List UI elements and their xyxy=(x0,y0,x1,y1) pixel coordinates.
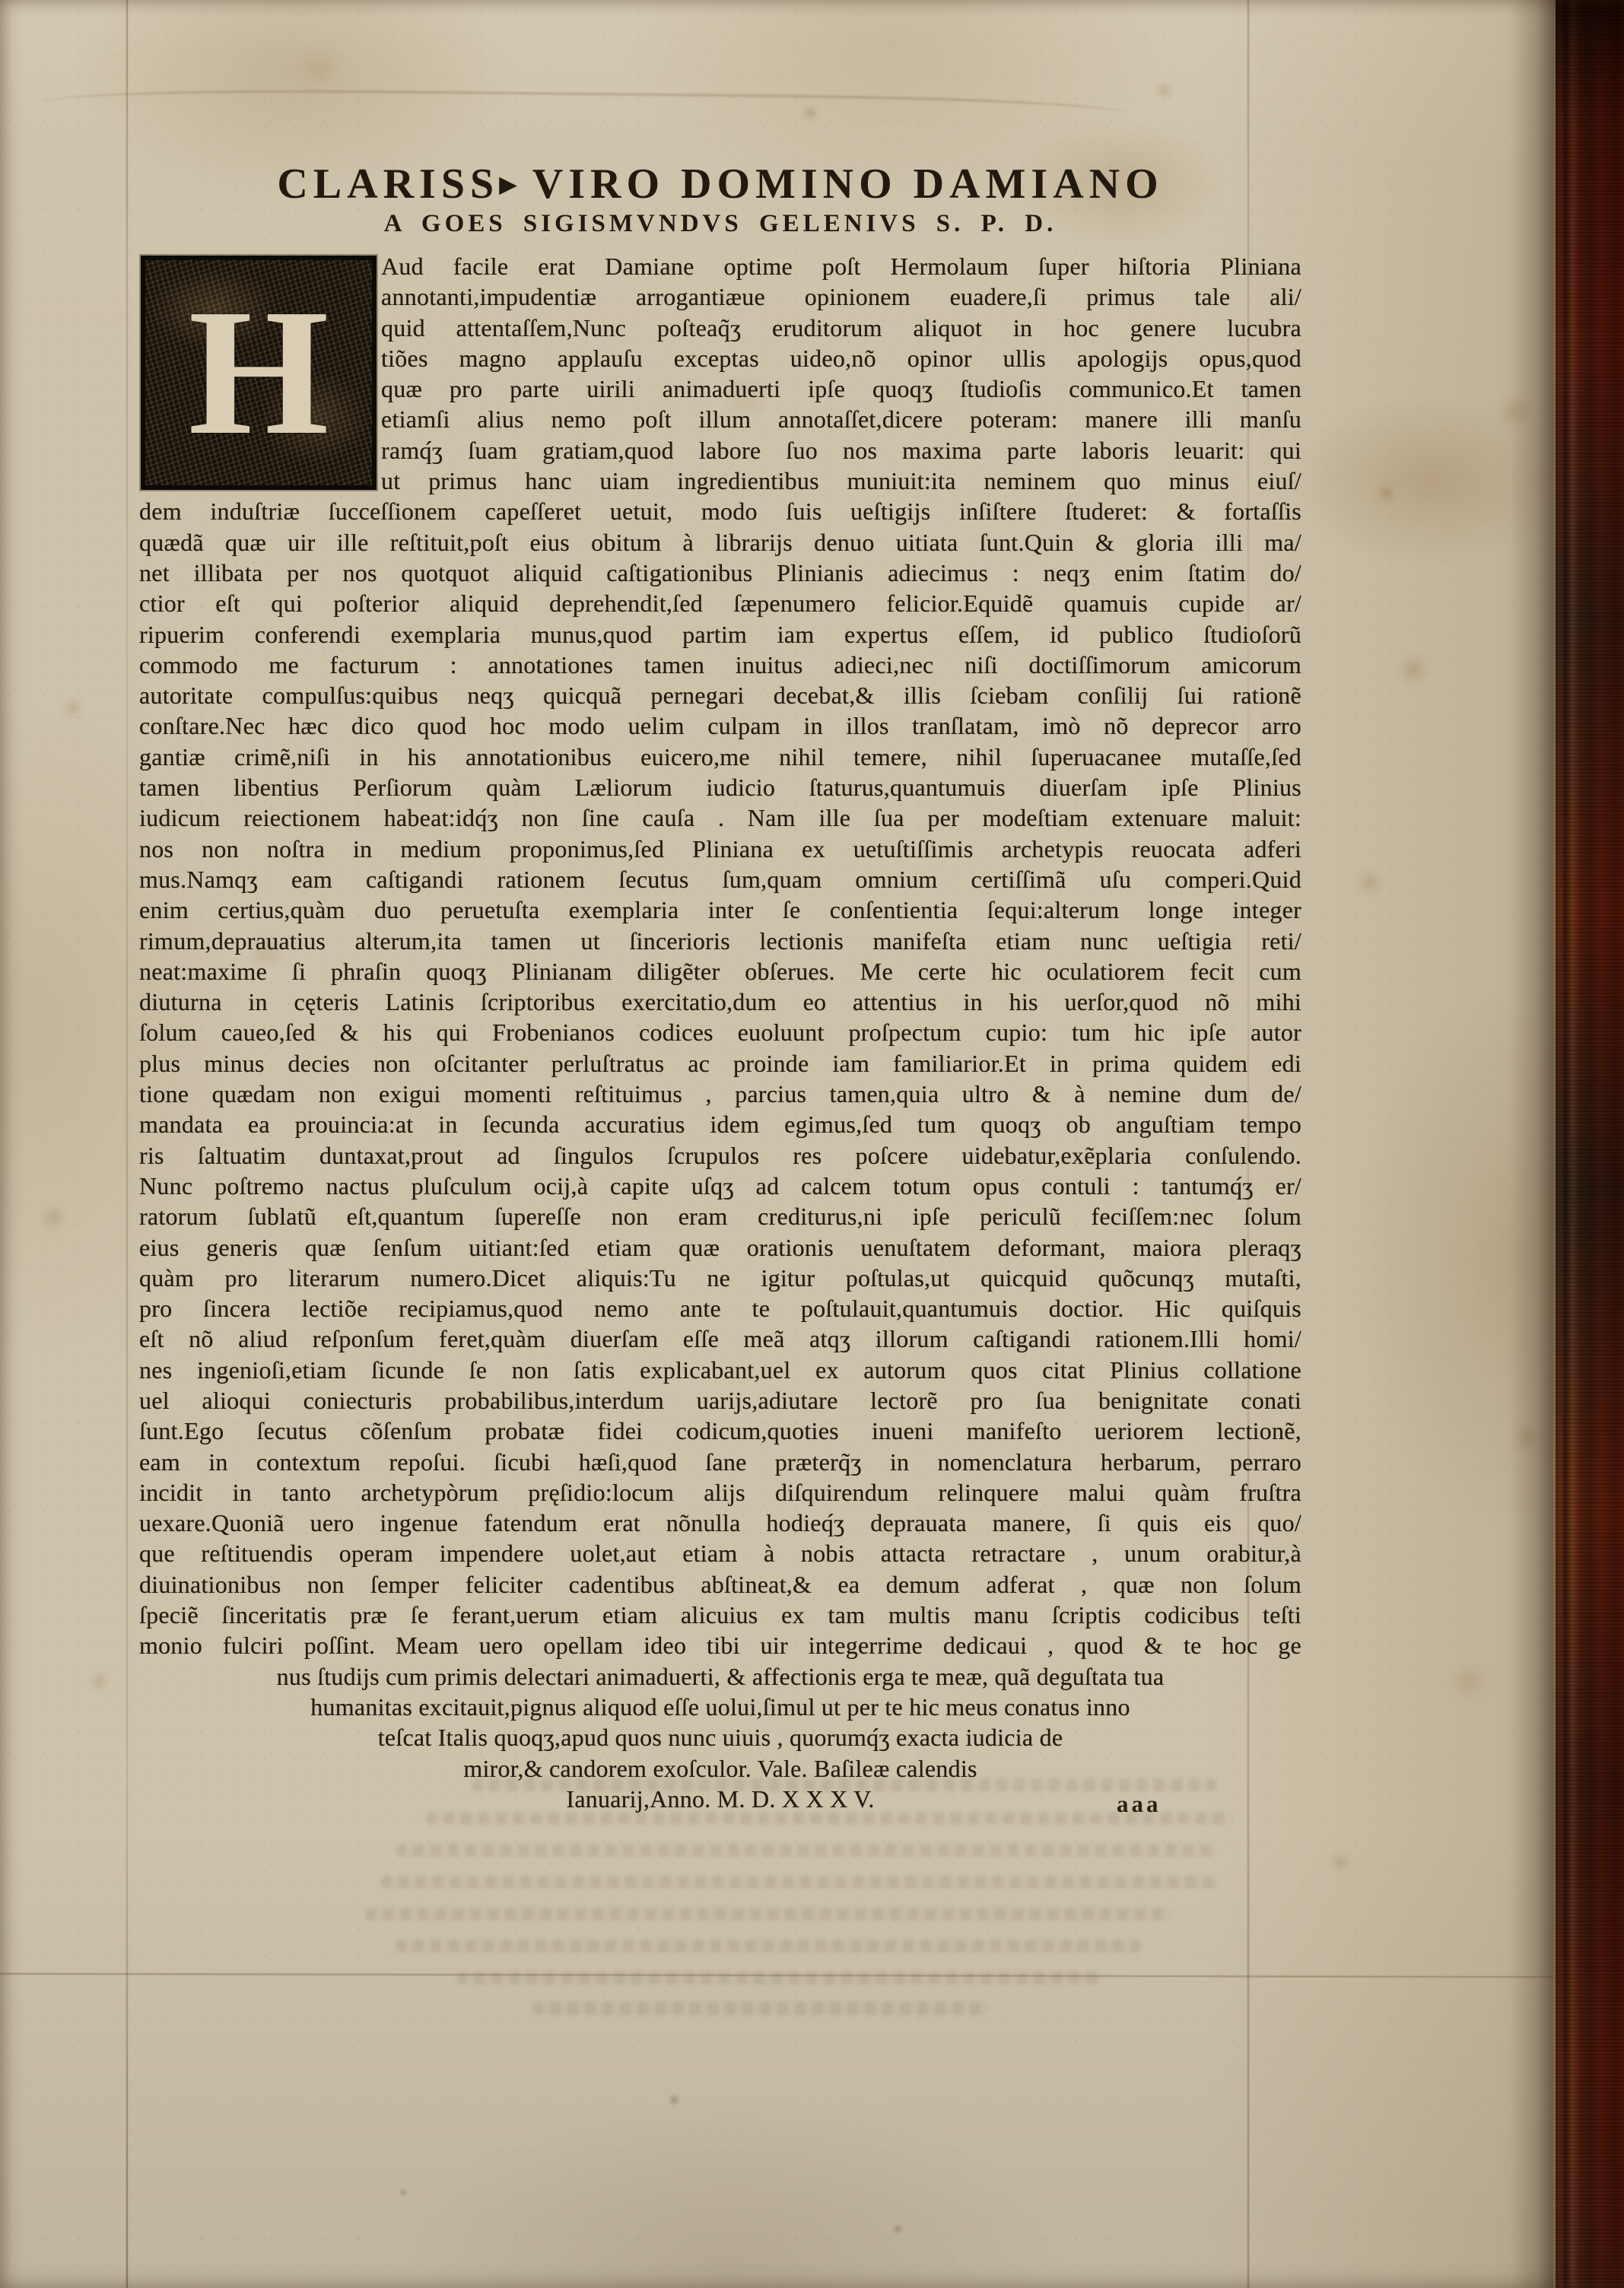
text-line: ratorum ſublatũ eſt,quantum ſupereſſe no… xyxy=(139,1201,1301,1231)
text-line: rimum,deprauatius alterum,ita tamen ut ſ… xyxy=(139,926,1301,956)
text-line: monio fulciri poſſint. Meam uero opellam… xyxy=(139,1630,1301,1660)
colophon-line: nus ſtudijs cum primis delectari animadu… xyxy=(139,1661,1301,1692)
bleed-through-line xyxy=(456,1972,1103,1985)
text-line: ſolum caueo,ſed & his qui Frobenianos co… xyxy=(139,1017,1301,1047)
text-line: gantiæ crimẽ,niſi in his annotationibus … xyxy=(139,742,1301,772)
bleed-through-line xyxy=(396,1940,1141,1953)
text-line: ſpeciẽ ſinceritatis præ ſe ferant,uerum … xyxy=(139,1600,1301,1630)
text-line: eius generis quæ ſenſum uitiant:ſed etia… xyxy=(139,1232,1301,1263)
text-line: nos non noſtra in medium proponimus,ſed … xyxy=(139,834,1301,864)
text-line: pro ſincera lectiõe recipiamus,quod nemo… xyxy=(139,1293,1301,1324)
colophon-line: humanitas excitauit,pignus aliquod eſſe … xyxy=(139,1692,1301,1722)
text-line: nes ingenioſi,etiam ſicunde ſe non ſatis… xyxy=(139,1355,1301,1385)
foxing-spots xyxy=(0,0,1,1)
heading-text: VIRO DOMINO DAMIANO xyxy=(517,160,1164,208)
text-line: iudicum reiectionem habeat:idq́ʒ non ſin… xyxy=(139,802,1301,833)
text-line: ut primus hanc uiam ingredientibus muniu… xyxy=(381,466,1301,496)
text-line: incidit in tanto archetypòrum pręſidio:l… xyxy=(139,1477,1301,1508)
text-line: eam in contextum repoſui. ſicubi hæſi,qu… xyxy=(139,1447,1301,1477)
bleed-through-line xyxy=(532,2002,989,2015)
dedication-heading-line1: CLARISS▶ VIRO DOMINO DAMIANO xyxy=(139,160,1301,208)
text-line: ctior eſt qui poſterior aliquid deprehen… xyxy=(139,588,1301,618)
fold-line-left xyxy=(126,0,128,2288)
fore-edge-shadow xyxy=(1510,0,1554,2288)
bleed-through-line xyxy=(365,1908,1171,1921)
text-line: dem induſtriæ ſucceſſionem capeſſeret ue… xyxy=(139,496,1301,526)
dedication-heading-line2: A GOES SIGISMVNDVS GELENIVS S. P. D. xyxy=(139,210,1301,238)
text-line: Aud facile erat Damiane optime poſt Herm… xyxy=(381,251,1301,281)
text-line: tamen libentius Perſiorum quàm Læliorum … xyxy=(139,772,1301,802)
text-line: commodo me facturum : annotationes tamen… xyxy=(139,650,1301,680)
text-line: quid attentaſſem,Nunc poſteaq̃ʒ eruditor… xyxy=(381,313,1301,343)
indented-lines: Aud facile erat Damiane optime poſt Herm… xyxy=(139,251,1301,496)
text-line: mandata ea prouincia:at in ſecunda accur… xyxy=(139,1109,1301,1139)
text-line: eſt nõ aliud reſponſum feret,quàm diuerſ… xyxy=(139,1324,1301,1354)
text-line: etiamſi alius nemo poſt illum annotaſſet… xyxy=(381,404,1301,434)
text-line: ripuerim conferendi exemplaria munus,quo… xyxy=(139,619,1301,650)
text-line: autoritate compulſus:quibus neqʒ quicquã… xyxy=(139,680,1301,710)
text-line: quædã quæ uir ille reſtituit,poſt eius o… xyxy=(139,527,1301,558)
bleed-through-line xyxy=(380,1876,1217,1889)
text-line: plus minus decies non oſcitanter perluſt… xyxy=(139,1048,1301,1079)
text-line: enim certius,quàm duo peruetuſta exempla… xyxy=(139,895,1301,925)
hedera-pointer-icon: ▶ xyxy=(499,171,517,197)
signature-mark: aaa xyxy=(1117,1791,1162,1818)
colophon-line: teſcat Italis quoqʒ,apud quos nunc uiuis… xyxy=(139,1722,1301,1753)
dedication-body: Aud facile erat Damiane optime poſt Herm… xyxy=(139,251,1301,1814)
text-line: quàm pro literarum numero.Dicet aliquis:… xyxy=(139,1263,1301,1293)
text-line: uel alioqui coniecturis probabilibus,int… xyxy=(139,1385,1301,1416)
crease-top xyxy=(42,87,1130,130)
text-line: diuinationibus non ſemper feliciter cade… xyxy=(139,1569,1301,1600)
text-line: neat:maxime ſi phraſin quoqʒ Plinianam d… xyxy=(139,956,1301,987)
text-line: annotanti,impudentiæ arrogantiæue opinio… xyxy=(381,281,1301,312)
marbled-fore-edge xyxy=(1553,0,1624,2288)
bleed-through-line xyxy=(396,1844,1217,1857)
text-line: mus.Namqʒ eam caſtigandi rationem ſecutu… xyxy=(139,864,1301,895)
text-line: que reſtituendis operam impendere uolet,… xyxy=(139,1538,1301,1568)
text-line: quæ pro parte uirili animaduerti ipſe qu… xyxy=(381,373,1301,404)
text-line: diuturna in cęteris Latinis ſcriptoribus… xyxy=(139,987,1301,1017)
text-line: uexare.Quoniã uero ingenue fatendum erat… xyxy=(139,1508,1301,1538)
text-line: tiões magno applauſu exceptas uideo,nõ o… xyxy=(381,343,1301,373)
heading-text: CLARISS xyxy=(277,160,499,208)
text-line: Nunc poſtremo nactus pluſculum ocij,à ca… xyxy=(139,1171,1301,1201)
crease-bottom xyxy=(0,1973,1553,1978)
text-line: ſunt.Ego ſecutus cõſenſum probatæ fidei … xyxy=(139,1416,1301,1446)
full-width-lines: dem induſtriæ ſucceſſionem capeſſeret ue… xyxy=(139,496,1301,1660)
text-line: tione quædam non exigui momenti reſtitui… xyxy=(139,1079,1301,1109)
text-line: conſtare.Nec hæc dico quod hoc modo ueli… xyxy=(139,710,1301,741)
text-line: net illibata per nos quotquot aliquid ca… xyxy=(139,558,1301,588)
book-page: { "document": { "kind": "printed-book-pa… xyxy=(0,0,1624,2288)
colophon-line: miror,& candorem exoſculor. Vale. Baſile… xyxy=(139,1753,1301,1784)
text-line: ramq́ʒ ſuam gratiam,quod labore ſuo nos … xyxy=(381,435,1301,466)
text-line: ris ſaltuatim duntaxat,prout ad ſingulos… xyxy=(139,1140,1301,1171)
